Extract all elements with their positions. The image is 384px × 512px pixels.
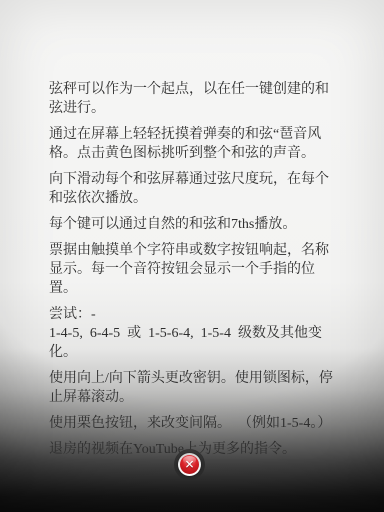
- help-paragraph-5: 票据由触摸单个字符串或数字按钮响起，名称显示。每一个音符按钮会显示一个手指的位置…: [49, 241, 342, 298]
- help-paragraph-6: 尝试：- 1-4-5, 6-4-5 或 1-5-6-4, 1-5-4 级数及其他…: [49, 305, 342, 362]
- help-paragraph-2: 通过在屏幕上轻轻抚摸着弹奏的和弦“琶音风格。点击黄色图标挑听到整个和弦的声音。: [49, 125, 342, 163]
- help-paragraph-7: 使用向上/向下箭头更改密钥。使用锁图标，停止屏幕滚动。: [49, 369, 342, 407]
- help-paragraph-1: 弦秤可以作为一个起点，以在任一键创建的和弦进行。: [49, 80, 342, 118]
- help-text-block: 弦秤可以作为一个起点，以在任一键创建的和弦进行。 通过在屏幕上轻轻抚摸着弹奏的和…: [49, 80, 342, 466]
- help-paragraph-3: 向下滑动每个和弦屏幕通过弦尺度玩，在每个和弦依次播放。: [49, 170, 342, 208]
- close-button-ring: ✕: [178, 453, 201, 476]
- close-icon: ✕: [180, 455, 199, 474]
- help-screen: 弦秤可以作为一个起点，以在任一键创建的和弦进行。 通过在屏幕上轻轻抚摸着弹奏的和…: [0, 0, 384, 512]
- help-paragraph-4: 每个键可以通过自然的和弦和7ths播放。: [49, 215, 342, 234]
- close-icon-glyph: ✕: [184, 458, 194, 470]
- help-paragraph-8: 使用栗色按钮，来改变间隔。 （例如1-5-4。）: [49, 414, 342, 433]
- close-button[interactable]: ✕: [174, 449, 205, 480]
